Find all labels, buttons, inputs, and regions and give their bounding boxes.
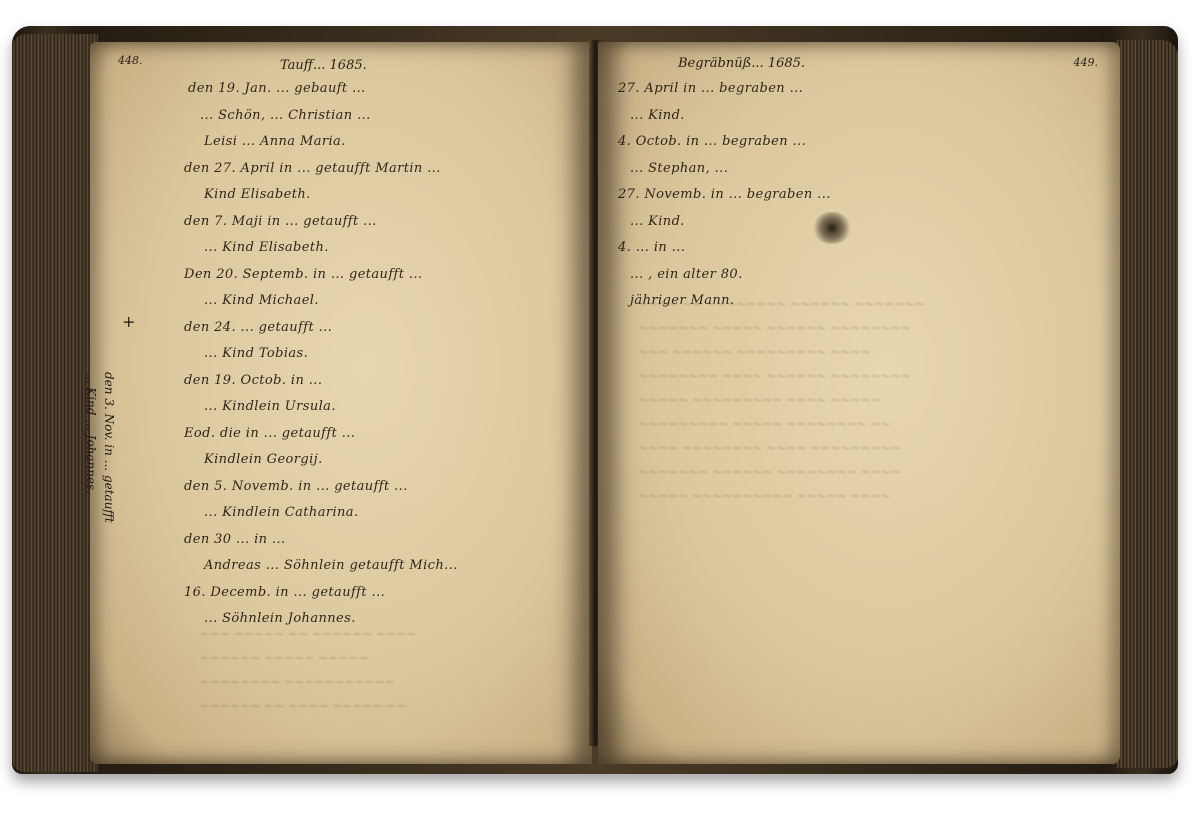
page-number-left: 448. [118, 54, 143, 67]
right-page: 449. Begräbnüß... 1685. 27. April in ...… [598, 42, 1120, 764]
entry-line: den 30 ... in ... [130, 527, 590, 554]
entry-line: Kind Elisabeth. [130, 182, 590, 209]
entry-line: ... Kindlein Catharina. [130, 500, 590, 527]
page-number-right: 449. [1074, 56, 1099, 69]
ink-blot [812, 212, 852, 244]
entry-line: den 5. Novemb. in ... getaufft ... [130, 474, 590, 501]
entry-line: den 24. ... getaufft ... [130, 315, 590, 342]
entry-line: den 19. Octob. in ... [130, 368, 590, 395]
margin-note-line: den 3. Nov. in ... getaufft [100, 372, 118, 523]
margin-cross-mark: + [122, 312, 135, 331]
entry-line: ... Kind. [610, 103, 1080, 130]
entry-line: den 27. April in ... getaufft Martin ... [130, 156, 590, 183]
left-entries: den 19. Jan. ... gebauft ... ... Schön, … [130, 76, 590, 633]
right-entries: 27. April in ... begraben ... ... Kind. … [610, 76, 1080, 315]
left-page: 448. Tauff... 1685. den 19. Jan. ... geb… [90, 42, 592, 764]
entry-line: den 19. Jan. ... gebauft ... [130, 76, 590, 103]
entry-line: Den 20. Septemb. in ... getaufft ... [130, 262, 590, 289]
entry-line: Kindlein Georgij. [130, 447, 590, 474]
margin-note-line: ... Kind ... Johannes. [82, 372, 100, 523]
entry-line: 27. April in ... begraben ... [610, 76, 1080, 103]
right-page-edges [1116, 40, 1178, 768]
entry-line: 16. Decemb. in ... getaufft ... [130, 580, 590, 607]
entry-line: ... Kind Michael. [130, 288, 590, 315]
entry-line: den 7. Maji in ... getaufft ... [130, 209, 590, 236]
entry-line: Eod. die in ... getaufft ... [130, 421, 590, 448]
entry-line: Andreas ... Söhnlein getaufft Mich... [130, 553, 590, 580]
entry-line: ... , ein alter 80. [610, 262, 1080, 289]
entry-line: 27. Novemb. in ... begraben ... [610, 182, 1080, 209]
entry-line: Leisi ... Anna Maria. [130, 129, 590, 156]
bleed-through-text: ~~~~ ~~ ~~~~~~~~ ~~~~~~ ~~~~~~~ ~~~~~~~ … [638, 292, 1078, 508]
entry-line: 4. Octob. in ... begraben ... [610, 129, 1080, 156]
entry-line: ... Kind Tobias. [130, 341, 590, 368]
bleed-through-text: ~~~ ~~~~~ ~~ ~~~~~~ ~~~~ ~~~~~~ ~~~~~ ~~… [200, 622, 560, 718]
header-right: Begräbnüß... 1685. [678, 56, 805, 71]
entry-line: ... Kindlein Ursula. [130, 394, 590, 421]
margin-note-vertical: den 3. Nov. in ... getaufft ... Kind ...… [82, 372, 118, 523]
entry-line: ... Kind Elisabeth. [130, 235, 590, 262]
open-book: 448. Tauff... 1685. den 19. Jan. ... geb… [12, 26, 1178, 774]
header-left: Tauff... 1685. [280, 58, 367, 73]
entry-line: ... Stephan, ... [610, 156, 1080, 183]
entry-line: ... Schön, ... Christian ... [130, 103, 590, 130]
